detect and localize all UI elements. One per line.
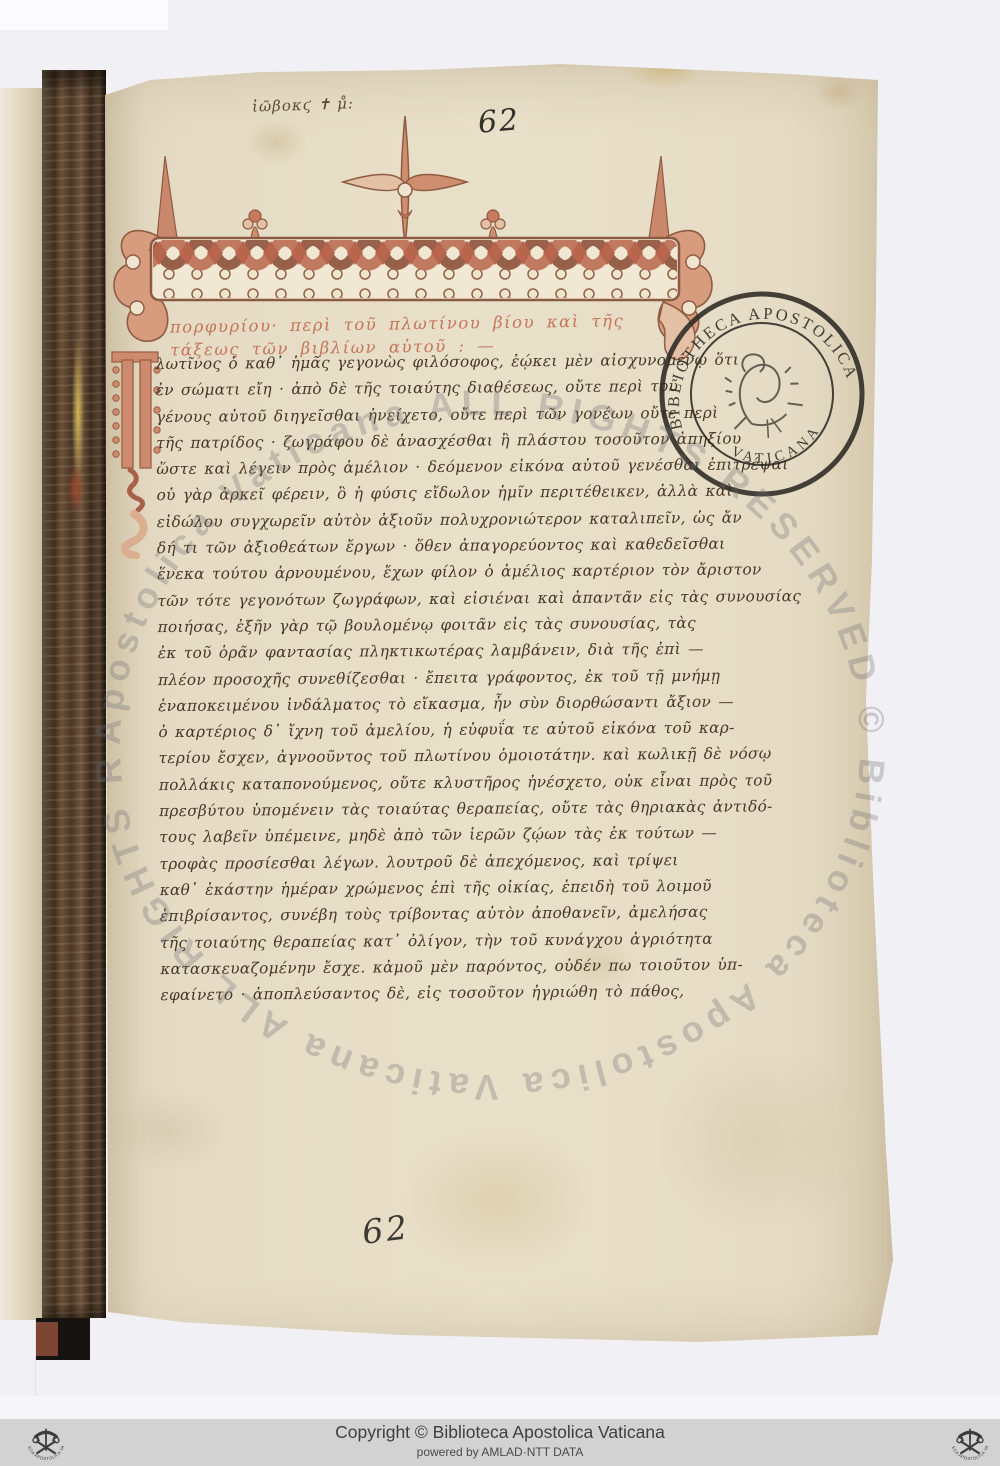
top-annotation: ἰῶβοκϛ ✝ μ̊:	[252, 94, 355, 116]
manuscript-text-line: ἐπιβρίσαντος, συνέβη τοὺς τρίβοντας αὐτὸ…	[160, 899, 700, 930]
library-stamp: BIBLIOTHECA APOSTOLICA VATICANA	[648, 280, 876, 508]
folio-number-top: 62	[477, 102, 522, 141]
binding-tail	[36, 1318, 90, 1360]
background-light-patch	[0, 0, 168, 30]
book-binding-spine	[42, 70, 106, 1318]
footer-copyright: Copyright © Biblioteca Apostolica Vatica…	[0, 1422, 1000, 1443]
footer-powered-by: powered by AMLAD·NTT DATA	[0, 1445, 1000, 1459]
headpiece-interlace-band	[151, 238, 679, 300]
background-seam	[35, 1320, 36, 1400]
manuscript-text-line: ἕνεκα τούτου ἀρνουμένου, ἔχων φίλον ὁ ἀμ…	[157, 557, 697, 588]
headpiece-bud-finial	[243, 210, 267, 238]
opposite-page-edge	[0, 88, 46, 1320]
vatican-library-logo-icon: BIBLIOTECA APOSTOLICA VATICANA	[24, 1422, 68, 1466]
headpiece-bud-finial	[481, 210, 505, 238]
manuscript-text-block: λωτῖνος ὁ καθ᾿ ἡμᾶς γεγονὼς φιλόσοφος, ἐ…	[155, 347, 700, 1009]
manuscript-text-line: τῆς τοιαύτης θεραπείας κατ᾿ ὀλίγον, τὴν …	[160, 925, 700, 956]
manuscript-text-line: τερίου ἔσχεν, ἀγνοοῦντος τοῦ πλωτίνου ὁμ…	[159, 741, 699, 772]
manuscript-text-line: τους λαβεῖν ὑπέμεινε, μηδὲ ἀπὸ τῶν ἱερῶν…	[159, 820, 699, 851]
footer-bar: Copyright © Biblioteca Apostolica Vatica…	[0, 1419, 1000, 1466]
manuscript-text-line: ἐκ τοῦ ὁρᾶν φαντασίας πληκτικωτέρας λαμβ…	[158, 636, 698, 667]
headpiece-central-finial	[343, 116, 467, 244]
manuscript-text-line: ἐν σώματι εἴη · ἀπὸ δὲ τῆς τοιαύτης διαθ…	[156, 373, 696, 404]
decorated-initial-pi	[110, 344, 162, 559]
manuscript-text-line: τροφὰς προσίεσθαι λέγων. λουτροῦ δὲ ἀπεχ…	[159, 847, 699, 878]
manuscript-text-line: εφαίνετο · ἀποπλεύσαντος δὲ, εἰς τοσοῦτο…	[160, 978, 700, 1009]
vatican-library-logo-icon: BIBLIOTECA APOSTOLICA VATICANA	[948, 1422, 992, 1466]
stamp-emblem	[716, 344, 811, 446]
folio-number-bottom: 62	[360, 1207, 412, 1252]
binding-thread	[68, 466, 84, 512]
manuscript-text-line: οὐ γὰρ ἀρκεῖ φέρειν, ὃ ἡ φύσις εἴδωλον ἡ…	[156, 478, 696, 509]
manuscript-text-line: πλέον προσοχῆς συνεθίζεσθαι · ἔπειτα γρά…	[158, 662, 698, 693]
binding-tail-leather	[36, 1322, 58, 1356]
manuscript-text-line: γένους αὐτοῦ διηγεῖσθαι ἠνείχετο, οὔτε π…	[156, 399, 696, 430]
digitized-manuscript-viewer: ἰῶβοκϛ ✝ μ̊: 62 πορφυρίου· περὶ τοῦ πλωτ…	[0, 0, 1000, 1466]
footer-spacer	[0, 1396, 1000, 1419]
